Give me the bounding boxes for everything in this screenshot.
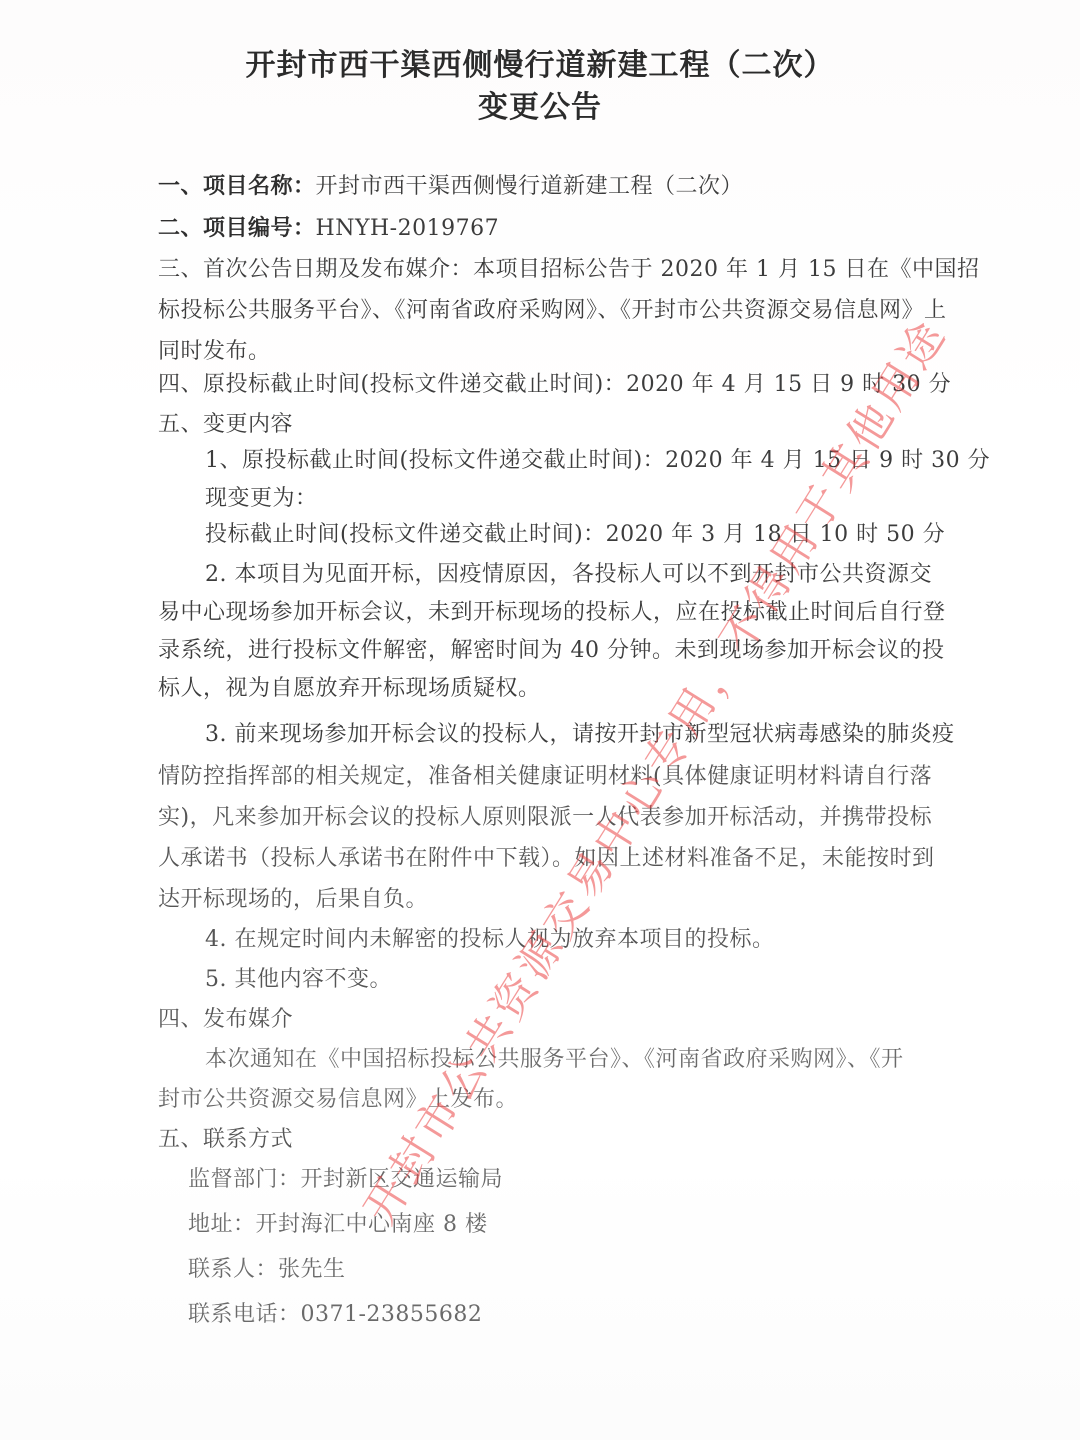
contact-phone: 联系电话：0371-23855682 bbox=[188, 1300, 482, 1330]
change-item-2-line-3: 录系统，进行投标文件解密，解密时间为 40 分钟。未到现场参加开标会议的投 bbox=[158, 636, 944, 666]
document-subtitle: 变更公告 bbox=[0, 82, 1080, 126]
project-number-row: 二、项目编号：HNYH-2019767 bbox=[158, 214, 499, 244]
project-number-label: 二、项目编号： bbox=[158, 216, 316, 241]
change-item-3-line-5: 达开标现场的，后果自负。 bbox=[158, 885, 428, 915]
first-announcement-line-2: 标投标公共服务平台》、《河南省政府采购网》、《开封市公共资源交易信息网》上 bbox=[158, 296, 947, 326]
change-item-3-line-2: 情防控指挥部的相关规定，准备相关健康证明材料(具体健康证明材料请自行落 bbox=[158, 762, 932, 792]
change-item-1-line-2: 现变更为： bbox=[205, 484, 318, 514]
change-item-4: 4. 在规定时间内未解密的投标人视为放弃本项目的投标。 bbox=[205, 925, 775, 955]
project-name-value: 开封市西干渠西侧慢行道新建工程（二次） bbox=[316, 174, 744, 199]
change-item-3-line-3: 实)，凡来参加开标会议的投标人原则限派一人代表参加开标活动，并携带投标 bbox=[158, 803, 932, 833]
contact-person: 联系人：张先生 bbox=[188, 1255, 346, 1285]
project-name-row: 一、项目名称：开封市西干渠西侧慢行道新建工程（二次） bbox=[158, 172, 743, 202]
project-name-label: 一、项目名称： bbox=[158, 174, 316, 199]
change-item-2-line-1: 2. 本项目为见面开标，因疫情原因，各投标人可以不到开封市公共资源交 bbox=[205, 560, 932, 590]
media-line-1: 本次通知在《中国招标投标公共服务平台》、《河南省政府采购网》、《开 bbox=[205, 1045, 904, 1075]
contact-address: 地址：开封海汇中心南座 8 楼 bbox=[188, 1210, 487, 1240]
media-heading: 四、发布媒介 bbox=[158, 1005, 293, 1035]
change-item-5: 5. 其他内容不变。 bbox=[205, 965, 392, 995]
original-deadline-line: 四、原投标截止时间(投标文件递交截止时间)：2020 年 4 月 15 日 9 … bbox=[158, 370, 951, 400]
change-content-heading: 五、变更内容 bbox=[158, 410, 293, 440]
change-item-3-line-1: 3. 前来现场参加开标会议的投标人，请按开封市新型冠状病毒感染的肺炎疫 bbox=[205, 720, 955, 750]
first-announcement-line-1: 三、首次公告日期及发布媒介：本项目招标公告于 2020 年 1 月 15 日在《… bbox=[158, 255, 979, 285]
scanned-document-page: 开封市西干渠西侧慢行道新建工程（二次） 变更公告 一、项目名称：开封市西干渠西侧… bbox=[0, 0, 1080, 1440]
change-item-1-line-1: 1、原投标截止时间(投标文件递交截止时间)：2020 年 4 月 15 日 9 … bbox=[205, 446, 990, 476]
project-number-value: HNYH-2019767 bbox=[316, 216, 500, 241]
change-item-3-line-4: 人承诺书（投标人承诺书在附件中下载）。如因上述材料准备不足，未能按时到 bbox=[158, 844, 935, 874]
document-title: 开封市西干渠西侧慢行道新建工程（二次） bbox=[0, 40, 1080, 84]
change-item-2-line-4: 标人，视为自愿放弃开标现场质疑权。 bbox=[158, 674, 541, 704]
contact-heading: 五、联系方式 bbox=[158, 1125, 293, 1155]
contact-department: 监督部门：开封新区交通运输局 bbox=[188, 1165, 503, 1195]
change-item-2-line-2: 易中心现场参加开标会议，未到开标现场的投标人，应在投标截止时间后自行登 bbox=[158, 598, 946, 628]
change-item-1-new-deadline: 投标截止时间(投标文件递交截止时间)：2020 年 3 月 18 日 10 时 … bbox=[205, 520, 945, 550]
media-line-2: 封市公共资源交易信息网》上发布。 bbox=[158, 1085, 518, 1115]
first-announcement-line-3: 同时发布。 bbox=[158, 337, 271, 367]
